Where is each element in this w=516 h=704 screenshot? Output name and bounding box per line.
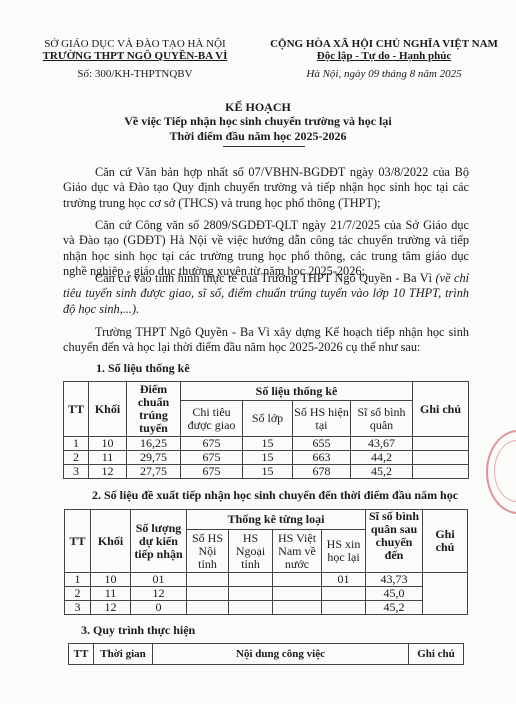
cell-tt: 3 — [64, 465, 89, 479]
title-divider — [223, 146, 305, 147]
cell-so-hs: 678 — [293, 465, 351, 479]
school-name-text: TRƯỜNG THPT NGÔ QUYỀN-BA VÌ — [43, 50, 228, 62]
table-row: 3 12 0 45,2 — [65, 601, 468, 615]
cell-vn-ve-nuoc — [273, 573, 322, 587]
national-motto: Độc lập - Tự do - Hạnh phúc — [252, 50, 516, 62]
header-ghi-chu: Ghi chú — [423, 510, 468, 573]
cell-ghi-chu — [413, 437, 469, 451]
cell-khoi: 12 — [89, 465, 127, 479]
cell-vn-ve-nuoc — [273, 601, 322, 615]
cell-so-hs: 655 — [293, 437, 351, 451]
paragraph-legal-basis-1: Căn cứ Văn bản hợp nhất số 07/VBHN-BGDĐT… — [63, 165, 469, 211]
header-so-lop: Số lớp — [243, 401, 293, 437]
cell-noi-tinh — [187, 587, 229, 601]
table-row: 2 11 12 45,0 — [65, 587, 468, 601]
header-si-so: Sĩ số bình quân — [351, 401, 413, 437]
paragraph-legal-basis-2: Căn cứ Công văn số 2809/SGDĐT-QLT ngày 2… — [63, 218, 469, 279]
cell-tt: 1 — [65, 573, 91, 587]
cell-chi-tieu: 675 — [181, 465, 243, 479]
header-chi-tieu: Chi tiêu được giao — [181, 401, 243, 437]
section3-heading: 3. Quy trình thực hiện — [81, 623, 195, 638]
cell-xin-hoc-lai — [322, 601, 366, 615]
header-group-statistics: Số liệu thống kê — [181, 382, 413, 401]
header-ngoai-tinh: HS Ngoại tỉnh — [229, 530, 273, 573]
cell-ngoai-tinh — [229, 573, 273, 587]
cell-diem: 27,75 — [127, 465, 181, 479]
cell-ghi-chu-merged — [423, 573, 468, 615]
cell-diem: 29,75 — [127, 451, 181, 465]
header-so-luong: Số lượng dự kiến tiếp nhận — [131, 510, 187, 573]
table-row: 2 11 29,75 675 15 663 44,2 — [64, 451, 469, 465]
place-date: Hà Nội, ngày 09 tháng 8 năm 2025 — [252, 68, 516, 80]
cell-so-lop: 15 — [243, 437, 293, 451]
header-group-by-type: Thống kê từng loại — [187, 510, 366, 530]
header-tt: TT — [69, 644, 94, 665]
cell-khoi: 10 — [91, 573, 131, 587]
section2-heading: 2. Số liệu đề xuất tiếp nhận học sinh ch… — [92, 488, 458, 503]
cell-so-luong: 0 — [131, 601, 187, 615]
cell-tt: 2 — [65, 587, 91, 601]
cell-so-lop: 15 — [243, 451, 293, 465]
header-noi-tinh: Số HS Nội tỉnh — [187, 530, 229, 573]
table-row: 3 12 27,75 675 15 678 45,2 — [64, 465, 469, 479]
cell-so-luong: 12 — [131, 587, 187, 601]
header-noi-dung: Nội dung công việc — [153, 644, 409, 665]
cell-ngoai-tinh — [229, 587, 273, 601]
cell-xin-hoc-lai: 01 — [322, 573, 366, 587]
proposal-table: TT Khối Số lượng dự kiến tiếp nhận Thống… — [64, 509, 468, 615]
cell-khoi: 11 — [91, 587, 131, 601]
cell-ngoai-tinh — [229, 601, 273, 615]
header-si-so-sau: Sĩ số bình quân sau chuyển đến — [366, 510, 423, 573]
header-so-hs: Số HS hiện tại — [293, 401, 351, 437]
cell-khoi: 11 — [89, 451, 127, 465]
cell-khoi: 12 — [91, 601, 131, 615]
section1-heading: 1. Số liệu thống kê — [96, 361, 190, 376]
document-number: Số: 300/KH-THPTNQBV — [40, 68, 230, 80]
paragraph-text: Căn cứ Công văn số 2809/SGDĐT-QLT ngày 2… — [63, 218, 469, 278]
header-khoi: Khối — [91, 510, 131, 573]
cell-ghi-chu — [413, 465, 469, 479]
agency-name: SỞ GIÁO DỤC VÀ ĐÀO TẠO HÀ NỘI — [40, 38, 230, 50]
header-diem-chuan: Điểm chuẩn trúng tuyển — [127, 382, 181, 437]
cell-noi-tinh — [187, 601, 229, 615]
statistics-table: TT Khối Điểm chuẩn trúng tuyển Số liệu t… — [63, 381, 469, 479]
procedure-table: TT Thời gian Nội dung công việc Ghi chú — [68, 643, 464, 665]
paragraph-text: Căn cứ vào tình hình thực tế của Trường … — [95, 271, 436, 285]
header-tt: TT — [65, 510, 91, 573]
header-viet-nam-ve-nuoc: HS Việt Nam về nước — [273, 530, 322, 573]
cell-si-so: 45,2 — [351, 465, 413, 479]
school-name: TRƯỜNG THPT NGÔ QUYỀN-BA VÌ — [40, 50, 230, 62]
cell-so-hs: 663 — [293, 451, 351, 465]
paragraph-text: Căn cứ Văn bản hợp nhất số 07/VBHN-BGDĐT… — [63, 165, 469, 210]
cell-si-so: 44,2 — [351, 451, 413, 465]
cell-tt: 1 — [64, 437, 89, 451]
table-row: 1 10 01 01 43,73 — [65, 573, 468, 587]
header-ghi-chu: Ghi chú — [413, 382, 469, 437]
cell-xin-hoc-lai — [322, 587, 366, 601]
cell-si-so-sau: 45,2 — [366, 601, 423, 615]
cell-chi-tieu: 675 — [181, 437, 243, 451]
cell-so-lop: 15 — [243, 465, 293, 479]
header-xin-hoc-lai: HS xin học lại — [322, 530, 366, 573]
national-title: CỘNG HÒA XÃ HỘI CHỦ NGHĨA VIỆT NAM — [252, 38, 516, 50]
header-ghi-chu: Ghi chú — [409, 644, 464, 665]
cell-si-so: 43,67 — [351, 437, 413, 451]
document-subtitle-line2: Thời điểm đầu năm học 2025-2026 — [0, 129, 516, 144]
paragraph-text: Trường THPT Ngô Quyền - Ba Vì xây dựng K… — [63, 325, 469, 354]
cell-ghi-chu — [413, 451, 469, 465]
national-motto-text: Độc lập - Tự do - Hạnh phúc — [317, 50, 451, 62]
paragraph-intro: Trường THPT Ngô Quyền - Ba Vì xây dựng K… — [63, 325, 469, 356]
table-row: 1 10 16,25 675 15 655 43,67 — [64, 437, 469, 451]
cell-noi-tinh — [187, 573, 229, 587]
cell-khoi: 10 — [89, 437, 127, 451]
cell-tt: 3 — [65, 601, 91, 615]
document-subtitle-line1: Về việc Tiếp nhận học sinh chuyển trường… — [0, 114, 516, 129]
cell-vn-ve-nuoc — [273, 587, 322, 601]
cell-si-so-sau: 43,73 — [366, 573, 423, 587]
document-title: KẾ HOẠCH — [0, 100, 516, 115]
header-tt: TT — [64, 382, 89, 437]
cell-chi-tieu: 675 — [181, 451, 243, 465]
paragraph-legal-basis-3: Căn cứ vào tình hình thực tế của Trường … — [63, 271, 469, 317]
header-khoi: Khối — [89, 382, 127, 437]
cell-si-so-sau: 45,0 — [366, 587, 423, 601]
header-thoi-gian: Thời gian — [94, 644, 153, 665]
cell-tt: 2 — [64, 451, 89, 465]
cell-so-luong: 01 — [131, 573, 187, 587]
cell-diem: 16,25 — [127, 437, 181, 451]
